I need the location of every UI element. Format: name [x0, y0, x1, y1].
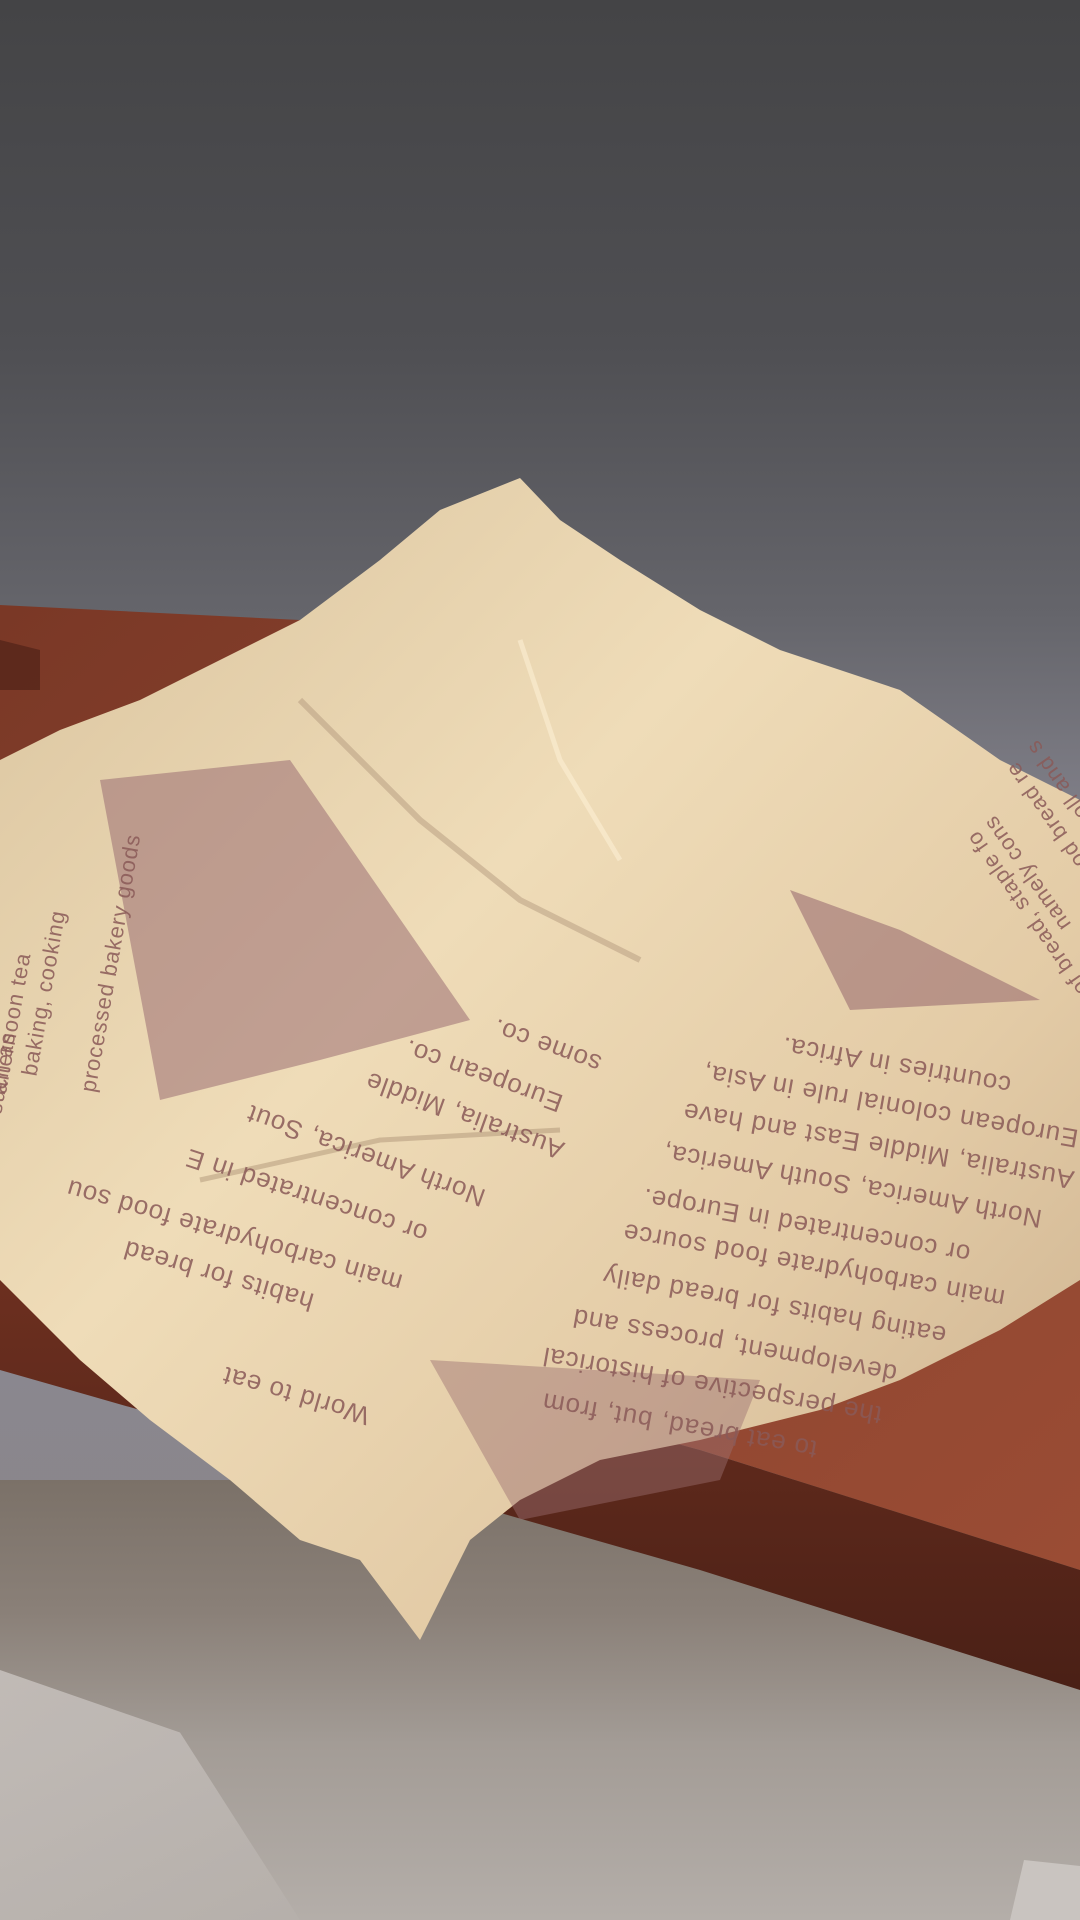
photo-scene: countries in Africa. European colonial r… [0, 0, 1080, 1920]
